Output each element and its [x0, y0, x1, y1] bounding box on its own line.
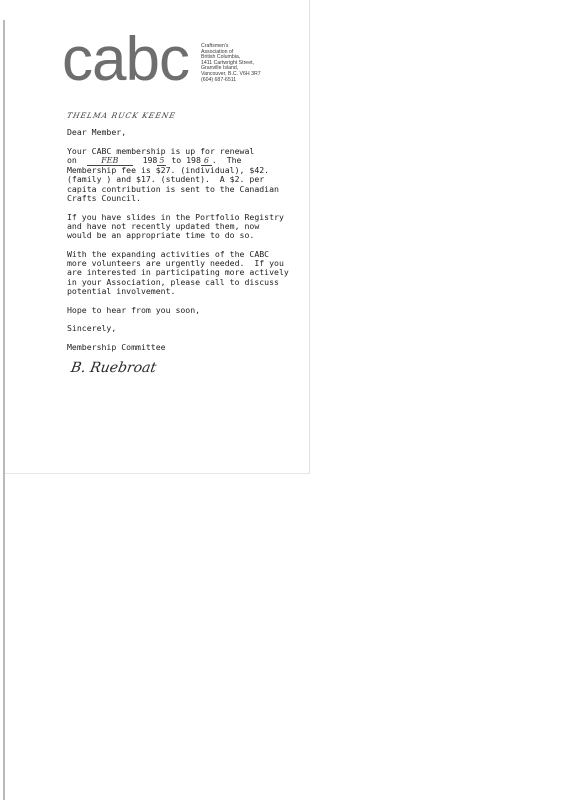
paragraph-volunteers: With the expanding activities of the CAB… — [67, 250, 307, 296]
cabc-logo: cabc — [62, 32, 189, 88]
text-line: would be an appropriate time to do so. — [67, 230, 254, 240]
letterhead-address: Craftsmen's Association of British Colum… — [201, 44, 261, 83]
year-to-prefix: 198 — [186, 155, 201, 165]
signature-handwritten: B. Ruebroat — [70, 360, 158, 376]
year-to-digit: 6 — [204, 156, 209, 165]
recipient-name-handwritten: THELMA RUCK KEENE — [66, 111, 177, 120]
paragraph-portfolio: If you have slides in the Portfolio Regi… — [67, 213, 307, 241]
year-from-prefix: 198 — [143, 155, 158, 165]
paragraph-renewal: Your CABC membership is up for renewal o… — [67, 147, 307, 204]
text-line: on — [67, 155, 77, 165]
closing-line: Hope to hear from you soon, — [67, 306, 307, 315]
to-word: to — [171, 155, 181, 165]
letter-page: cabc Craftsmen's Association of British … — [5, 0, 310, 474]
signatory: Membership Committee — [67, 343, 307, 352]
address-line: (604) 687-6511 — [201, 78, 261, 84]
year-from-digit: 5 — [159, 156, 164, 165]
month-handwritten: FEB — [101, 156, 118, 165]
text-line: potential involvement. — [67, 286, 175, 296]
text-fragment: . The — [212, 155, 242, 165]
text-line: Crafts Council. — [67, 193, 141, 203]
salutation: Dear Member, — [67, 128, 307, 137]
letter-body: Dear Member, Your CABC membership is up … — [67, 128, 307, 361]
sign-off: Sincerely, — [67, 324, 307, 333]
